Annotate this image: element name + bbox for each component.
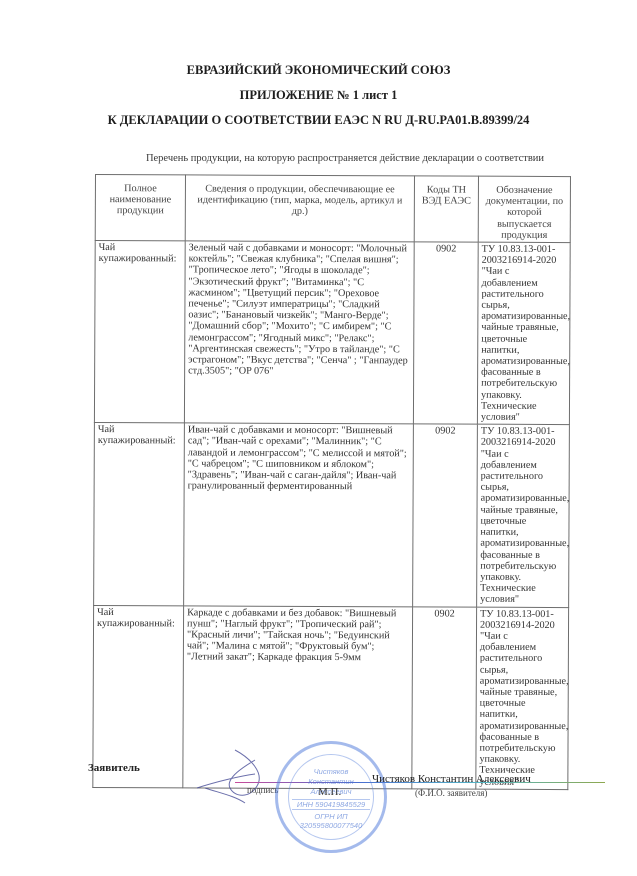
product-name: Чай купажированный: (94, 241, 185, 424)
appendix-title: ПРИЛОЖЕНИЕ № 1 лист 1 (0, 88, 637, 103)
column-header-info: Сведения о продукции, обеспечивающие ее … (185, 175, 414, 242)
stamp-line: Константин (278, 777, 384, 786)
table-row: Чай купажированный: Иван-чай с добавками… (94, 423, 570, 607)
applicant-name-caption: (Ф.И.О. заявителя) (415, 788, 487, 798)
product-doc: ТУ 10.83.13-001-2003216914-2020 "Чаи с д… (477, 424, 570, 607)
product-doc: ТУ 10.83.13-001-2003216914-2020 "Чаи с д… (477, 242, 570, 425)
seal-label: М.П. (318, 786, 341, 798)
stamp-ogrn-label: ОГРН ИП (278, 812, 384, 821)
product-name: Чай купажированный: (93, 605, 184, 788)
product-info: Зеленый чай с добавками и моносорт: "Мол… (184, 241, 414, 424)
product-doc: ТУ 10.83.13-001-2003216914-2020 "Чаи с д… (476, 607, 569, 790)
signature-icon (195, 748, 275, 808)
union-title: ЕВРАЗИЙСКИЙ ЭКОНОМИЧЕСКИЙ СОЮЗ (0, 63, 637, 78)
product-code: 0902 (412, 606, 477, 789)
product-name: Чай купажированный: (94, 423, 185, 606)
table-row: Чай купажированный: Зеленый чай с добавк… (94, 241, 570, 425)
table-header-row: Полное наименование продукции Сведения о… (95, 175, 570, 243)
column-header-doc: Обозначение документации, по которой вып… (478, 176, 570, 242)
column-header-code: Коды ТН ВЭД ЕАЭС (414, 176, 478, 242)
product-table: Полное наименование продукции Сведения о… (92, 174, 571, 790)
column-header-name: Полное наименование продукции (95, 175, 185, 241)
applicant-name: Чистяков Константин Алексеевич (372, 773, 531, 785)
applicant-label: Заявитель (88, 762, 140, 774)
stamp-line: Чистяков (278, 767, 384, 776)
stamp-inn: ИНН 590419845529 (292, 799, 370, 810)
product-code: 0902 (413, 424, 478, 607)
declaration-title: К ДЕКЛАРАЦИИ О СООТВЕТСТВИИ ЕАЭС N RU Д-… (0, 113, 637, 128)
list-subtitle: Перечень продукции, на которую распростр… (0, 153, 637, 164)
product-info: Иван-чай с добавками и моносорт: "Вишнев… (184, 423, 414, 606)
stamp-ogrn: 320595800077540 (278, 821, 384, 830)
product-code: 0902 (413, 242, 478, 425)
signature-caption: подпись (247, 785, 278, 795)
